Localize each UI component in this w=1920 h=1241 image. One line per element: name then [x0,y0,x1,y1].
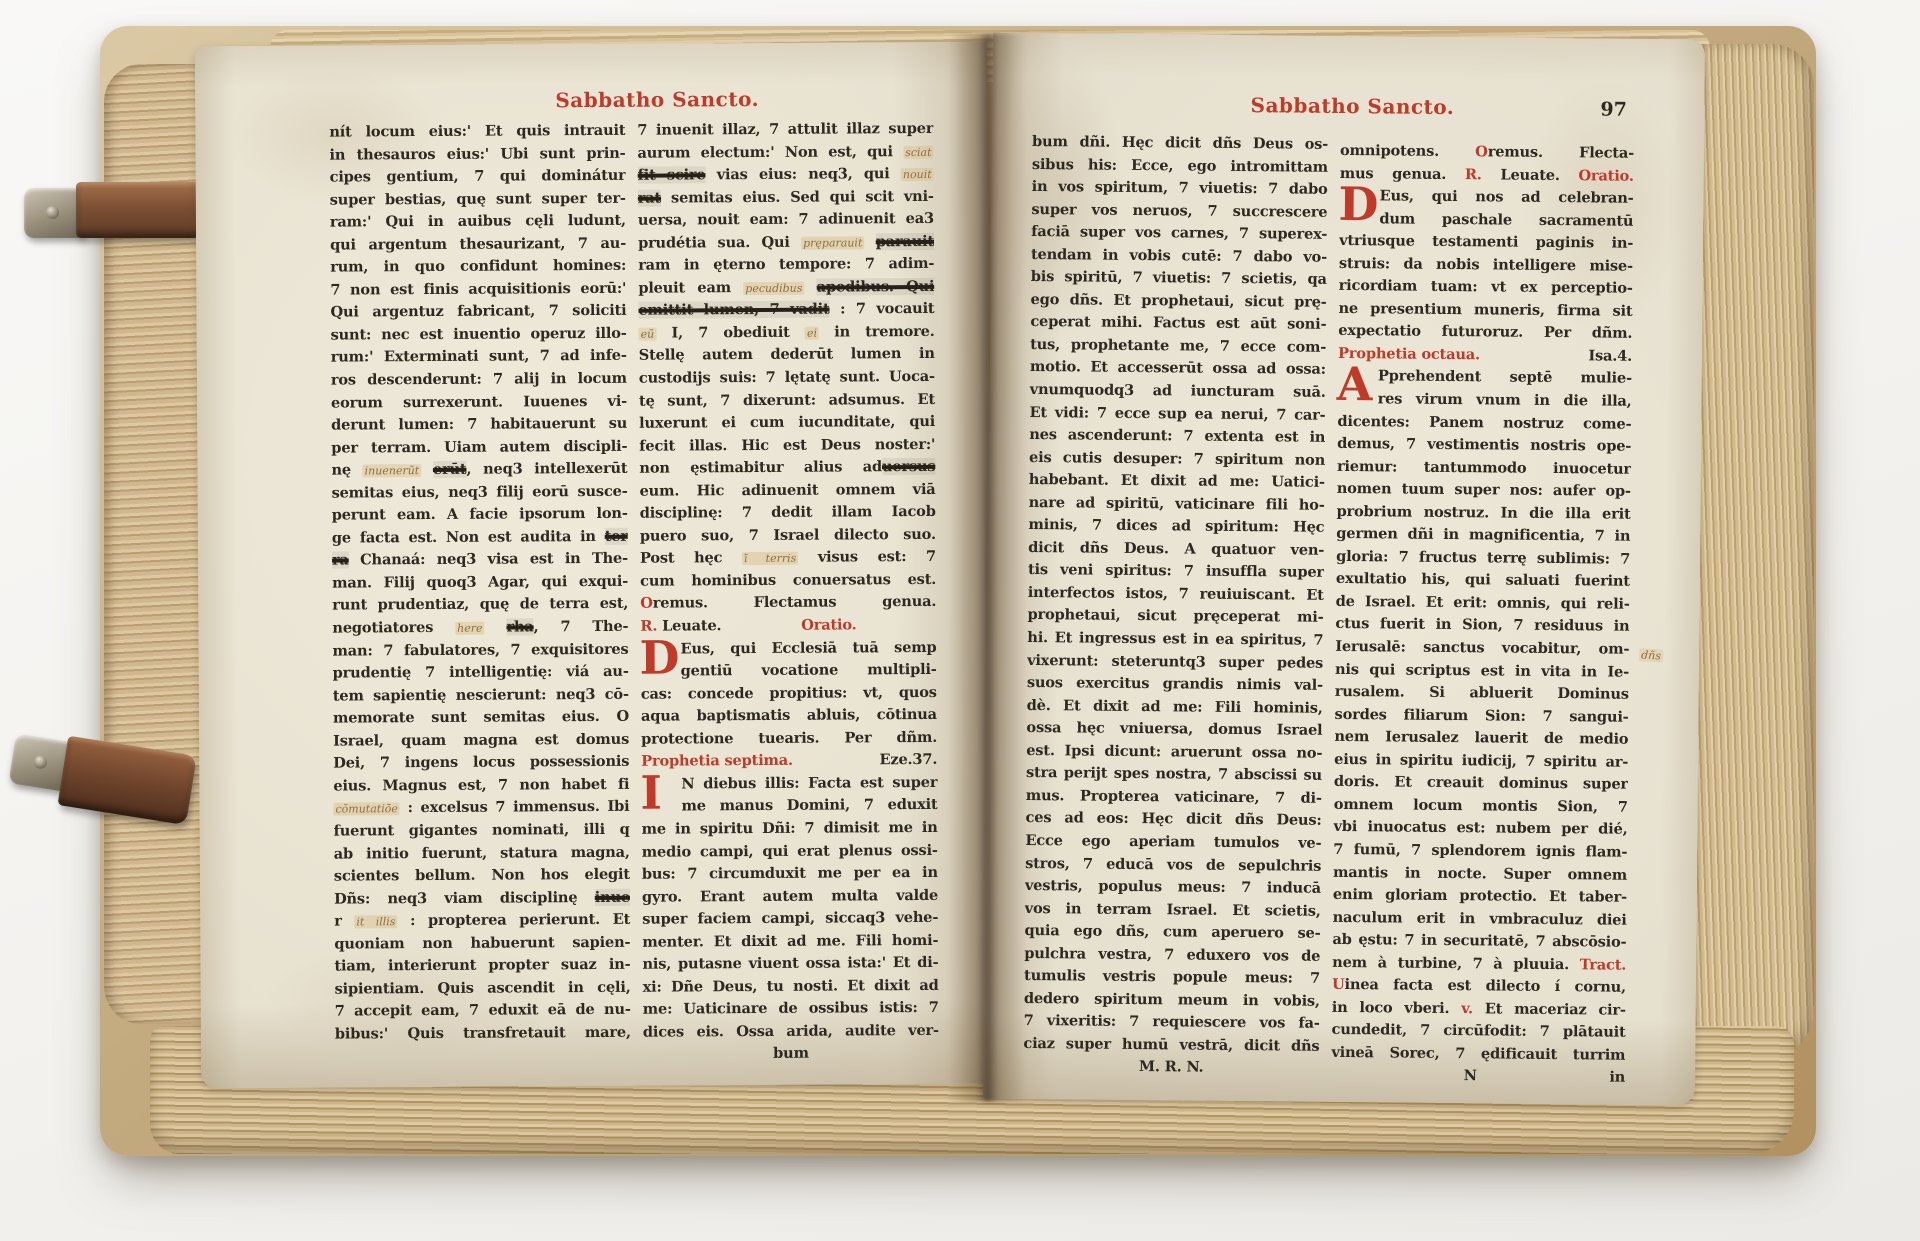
left-page-column-1: nít locum eius:' Et quis intrauitin thes… [329,120,631,1046]
text-line: super vos neruos, 7 succrescere [1031,199,1327,224]
rubric-text: Prophetia septima. [641,752,793,770]
text-line: man. Filij quoq3 Agar, qui exqui- [332,571,628,595]
censored-text: emittit lumen, 7 vadit [638,301,829,319]
rubric-text: O [640,595,653,612]
text-line: vestris, populus meus: 7 inducā [1025,875,1321,900]
text-line: DEus, qui Ecclesiā tuā semp [680,636,936,660]
text-line: ego dñs. Et prophetaui, sicut prę- [1030,289,1326,314]
text-line: memorate sunt semitas eius. O [333,706,629,730]
text-line: me manus Domini, 7 eduxit [681,794,937,818]
rubric-text: O [1475,143,1488,160]
illuminated-initial: D [1338,182,1378,226]
text-line: riemur: tantummodo inuocetur [1337,456,1631,481]
text-line: tę sunt, 7 dixerunt: adsumus. Et [639,388,935,412]
text-line: gentiū vocatione multipli- [681,659,937,683]
text-line: dè. Et dixit ad me: Fili hominis, [1027,695,1323,720]
text-line: rum, in quo confidunt homines: [330,255,626,279]
text-line: IN diebus illis: Facta est super [681,772,937,796]
text-line: ab ęstu: 7 in securitatē, 7 abscōsio- [1332,929,1626,954]
text-line: mus genua. R. Leuate. Oratio. [1340,162,1634,187]
rubric-text: Oratio. [1578,167,1633,185]
text-line: tiam, interierunt propter suaz in- [334,954,630,978]
text-line: cas: concede propitius: vt, quos [641,682,937,706]
text-line: prudétia sua. Qui pręparauit parauit ter… [638,231,934,255]
text-line: sordes filiarum Sion: 7 sangui- [1334,704,1628,729]
text-line: nes ascenderunt: 7 extenta est in [1029,424,1325,449]
text-line: Uinea facta est dilecto í cornu, [1332,974,1626,999]
text-line: menter. Et dixit ad me. Fili homi- [642,930,938,954]
text-line: R. Leuate.Oratio. [640,614,936,638]
handwritten-correction: inuenerūt [363,464,422,477]
text-line: ctus fuerit in Sion, 7 residuus in [1335,613,1629,638]
text-line: Israel, quam magna est domus [333,729,629,753]
text-line: me in spiritu Dñi: 7 dimisit me in [642,817,938,841]
text-line: emittit lumen, 7 vadit : 7 vocauit [638,298,934,322]
text-line: nem à turbine, 7 à pluuia. Tract. [1332,952,1626,977]
illuminated-initial: D [639,635,679,679]
left-page: Sabbatho Sancto. nít locum eius:' Et qui… [195,42,993,1089]
handwritten-correction: ei [805,327,819,340]
text-line: in thesauros eius:' Ubi sunt prin- [329,142,625,166]
text-line: probrium nostruz. In die illa erit [1336,501,1630,526]
text-line: Qui argentuz fabricant, 7 soliciti [330,300,626,324]
text-line: eius in spiritu iudicij, 7 spiritu ar- [1334,749,1628,774]
censored-text: parauit [876,233,934,250]
text-line: stros, 7 educā vos de sepulchris [1025,852,1321,877]
text-line: 7 non est finis acquisitionis eorū:' [330,278,626,302]
text-line: vineā Sorec, 7 ędificauit turrim [1331,1042,1625,1067]
running-head-right: Sabbatho Sancto. [1242,93,1462,119]
text-line: ceperat mihi. Factus est aūt soni- [1030,311,1326,336]
text-line: ra Chanaá: neq3 visa est in The- [332,548,628,572]
text-line: tumulis vestris popule meus: 7 [1024,965,1320,990]
right-page-column-1: bum dñi. Hęc dicit dñs Deus os-sibus his… [1023,131,1328,1081]
margin-note-right: dñs [1639,648,1664,662]
text-line: sibus his: Ecce, ego intromittam [1032,154,1328,179]
text-line: rusalem. Si abluerit Dominus [1335,681,1629,706]
text-line: omnem locum montis Sion, 7 [1334,794,1628,819]
text-line: rat semitas eius. Sed qui scit vni- [638,186,934,210]
text-line: in loco vberi. v. Et maceriaz cir- [1332,997,1626,1022]
handwritten-correction: nouit [901,168,934,181]
text-line: M. R. N. [1023,1055,1319,1080]
text-line: xi: Dñe Deus, tu nosti. Et dixit ad [643,975,939,999]
text-line: mantis in nocte. Super omnem [1333,861,1627,886]
text-line: suos exercitus grandis nimis val- [1027,672,1323,697]
text-line: ge facta est. Non est audita in ter [332,526,628,550]
text-line: Dñs: neq3 viam disciplinę inue [334,886,630,910]
text-line: dicentes: Panem nostruz come- [1337,410,1631,435]
text-line: demus, 7 vestimentis nostris ope- [1337,433,1631,458]
text-line: tendam in vobis cutē: 7 dabo vo- [1031,244,1327,269]
handwritten-correction: eū [639,328,657,341]
text-line: dedero spiritum meum in vobis, [1024,988,1320,1013]
censored-text: rha [506,618,533,635]
censored-text: ter [605,528,628,545]
text-line: prudentię 7 intelligentię: viá au- [333,661,629,685]
text-line: nem Ierusalez lauerit de medio [1334,726,1628,751]
text-line: eū I, 7 obediuit ei in tremore. [639,321,935,345]
rubric-text: U [1332,976,1345,993]
text-line: gyro. Erant autem multa valde [642,884,938,908]
text-line: est. Ipsi dicunt: aruerunt ossa no- [1026,740,1322,765]
text-line: bis spiritū, 7 viuetis: 7 scietis, qa [1031,266,1327,291]
text-line: vos in terram Israel. Et scietis, [1025,898,1321,923]
text-line: Post hęc ī terris visus est: 7 [640,546,936,570]
text-line: luxerunt ei cum iucunditate, qui [639,411,935,435]
text-line: me: Uaticinare de ossibus istis: 7 [643,997,939,1021]
text-line: dicit dñs Deus. A quatuor ven- [1028,537,1324,562]
text-line: Prophetia octaua.Isa.4. [1338,343,1632,368]
text-line: eum. Hic adinuenit omnem viā [639,479,935,503]
text-line: quia ego dñs, cum aperuero se- [1024,920,1320,945]
text-line: Stellę autem dederūt lumen in [639,343,935,367]
handwritten-correction: ī terris [742,552,798,565]
text-line: Nin [1331,1064,1625,1089]
text-line: perunt eam. A facie ipsorum lon- [332,503,628,527]
text-line: mus. Propterea vaticinare, 7 di- [1026,785,1322,810]
text-line: interfectos istos, 7 reuiuiscant. Et [1028,582,1324,607]
rubric-text: R. [1465,166,1482,183]
text-line: nomen tuum super nos: aufer op- [1337,478,1631,503]
illuminated-initial: A [1337,362,1377,406]
text-line: ciaz super humū vestrā, dicit dñs [1023,1033,1319,1058]
folio-number: 97 [1600,98,1627,120]
text-line: eis cutis desuper: 7 spiritum non [1029,447,1325,472]
text-line: 7 inuenit illaz, 7 attulit illaz super [637,118,933,142]
clasp-top [24,180,214,246]
text-line: de Israel. Et erit: omnis, qui reli- [1336,591,1630,616]
text-line: vtriusque testamenti paginis in- [1339,230,1633,255]
text-line: bibus:' Quis transfretauit mare, [335,1022,631,1046]
text-line: uersa, nouit eam: 7 adinuenit ea3 [638,208,934,232]
rubric-text: Oratio. [801,616,856,633]
text-line: faciā super vos carnes, 7 superex- [1031,221,1327,246]
text-line: nis qui scriptus est in vita in Ie- [1335,658,1629,683]
handwritten-correction: here [455,622,484,635]
right-page-column-2: omnipotens. Oremus. Flecta-mus genua. R.… [1331,140,1634,1090]
text-line: ram:' Qui in auibus cęli ludunt, [330,210,626,234]
text-line: gloria: 7 fructus terrę sublimis: 7 [1336,546,1630,571]
text-line: bum [643,1042,939,1066]
left-page-column-2: 7 inuenit illaz, 7 attulit illaz superau… [637,118,939,1067]
clasp-metal-fitting [24,188,84,238]
text-line: medio campi, qui erat plenus ossi- [642,839,938,863]
text-line: bum dñi. Hęc dicit dñs Deus os- [1032,131,1328,156]
censored-text: rat [638,189,661,206]
text-line: ces ad eos: Hęc dicit dñs Deus: [1025,807,1321,832]
text-line: expectatio futuroruz. Per dñm. [1338,320,1632,345]
text-line: vixerunt: steteruntq3 super pedes [1027,650,1323,675]
text-line: rum:' Exterminati sunt, 7 ad infe- [331,345,627,369]
text-line: scientes bellum. Non hos elegit [334,864,630,888]
text-line: nę inuenerūt erūt, neq3 intellexerūt [331,458,627,482]
text-line: prophetaui, sicut pręceperat mi- [1027,604,1323,629]
text-line: ricordiam tuam: vt ex perceptio- [1339,275,1633,300]
clasp-leather-strap [76,182,206,238]
text-line: cum hominibus conuersatus est. [640,569,936,593]
text-line: 7 fumū, 7 splendorem ignis flam- [1333,839,1627,864]
text-line: super bestias, quę sunt super ter- [330,187,626,211]
text-line: eius. Magnus est, 7 non habet fi [333,774,629,798]
text-line: nít locum eius:' Et quis intrauit [329,120,625,144]
right-page: Sabbatho Sancto. 97 bum dñi. Hęc dicit d… [983,33,1705,1106]
text-line: naculum erit in vmbraculuz diei [1333,907,1627,932]
handwritten-correction: cōmutatiōe [333,803,399,816]
open-book: Sabbatho Sancto. nít locum eius:' Et qui… [0,0,1920,1241]
text-line: eorum surrexerunt. Iuuenes vi- [331,390,627,414]
text-line: motio. Et accesserūt ossa ad ossa: [1030,356,1326,381]
censored-text: ra [332,552,349,569]
text-line: tus, prophetante me, 7 ecce com- [1030,334,1326,359]
text-line: vbi inuocatus est: nubem per dié, [1333,816,1627,841]
text-line: res virum vnum in die illa, [1378,388,1632,413]
text-line: cundedit, 7 circūfodit: 7 plātauit [1331,1019,1625,1044]
censored-text: apedibus. Qui [817,278,935,296]
text-line: semitas eius, neq3 filij eorū susce- [331,481,627,505]
text-line: bus: 7 circumduxit me per ea in [642,862,938,886]
text-line: pleuit eam pecudibus apedibus. Qui [638,276,934,300]
handwritten-correction: pręparauit [801,236,864,249]
text-line: cōmutatiōe : excelsus 7 immensus. Ibi [333,796,629,820]
text-line: non ęstimabitur alius aduersus [639,456,935,480]
text-line: Prophetia septima.Eze.37. [641,749,937,773]
text-line: ne presentium muneris, firma sit [1338,298,1632,323]
page-edge-right [1694,44,1814,1058]
text-line: dices eis. Ossa arida, audite ver- [643,1020,939,1044]
text-line: super faciem campi, siccaq3 vehe- [642,907,938,931]
text-line: 7 vixeritis: 7 requiescere vos fa- [1024,1010,1320,1035]
text-line: germen dñi in magnificentia, 7 in [1336,523,1630,548]
text-line: Ierusalē: sanctus vocabitur, om- [1335,636,1629,661]
text-line: dum paschale sacramentū [1379,208,1633,233]
text-line: sunt: nec est inuentio operuz illo- [331,323,627,347]
text-line: cipes gentium, 7 qui dominátur [330,165,626,189]
censored-text: uersus [882,458,936,475]
text-line: enim gloriam protectio. Et taber- [1333,884,1627,909]
censored-text: fit scire [638,166,706,183]
text-line: Dei, 7 ingens locus possessionis [333,751,629,775]
text-line: fuerunt gigantes nominati, illi q [334,819,630,843]
handwritten-correction: it illis [354,915,397,928]
text-line: ros descenderunt: 7 alij in locum [331,368,627,392]
text-line: nis, putasne viuent ossa ista:' Et di- [642,952,938,976]
text-line: man: 7 fabulatores, 7 exquisitores [332,638,628,662]
text-line: qui argentum thesaurizant, 7 au- [330,233,626,257]
censored-text: erūt [433,461,467,478]
text-line: DEus, qui nos ad celebran- [1379,185,1633,210]
text-line: APprehendent septē mulie- [1378,366,1632,391]
handwritten-correction: sciat [903,145,933,158]
text-line: doris. Et creauit dominus super [1334,771,1628,796]
text-line: minis, 7 dices ad spiritum: Hęc [1028,514,1324,539]
text-line: aurum electum:' Non est, qui sciat [637,140,933,164]
text-line: sipientiam. Quis ascendit in cęli, [335,977,631,1001]
text-line: exultatio his, qui saluati fuerint [1336,568,1630,593]
rubric-text: Tract. [1580,956,1627,973]
text-line: puero suo, 7 Israel dilecto suo. [640,524,936,548]
text-line: struis: da nobis intelligere mise- [1339,253,1633,278]
text-line: custodijs suis: 7 lętatę sunt. Uoca- [639,366,935,390]
text-line: in vos spiritum, 7 viuetis: 7 dabo [1032,176,1328,201]
illuminated-initial: I [640,770,680,814]
text-line: Et vidi: 7 ecce sup ea nerui, 7 car- [1029,402,1325,427]
text-line: negotiatores here rha, 7 The- [332,616,628,640]
text-line: Oremus. Flectamus genua. [640,591,936,615]
text-line: nare ad spiritū, vaticinare fili ho- [1029,492,1325,517]
text-line: ab initio fuerunt, statura magna, [334,841,630,865]
text-line: aqua baptismatis abluis, cōtinua [641,704,937,728]
text-line: r it illis : propterea perierunt. Et [334,909,630,933]
rubric-text: v. [1461,1000,1473,1017]
text-line: protectione tuearis. Per dñm. [641,727,937,751]
text-line: runt prudentiaz, quę de terra est, [332,593,628,617]
text-line: fecit illas. Hic est Deus noster:' [639,434,935,458]
text-line: ram in ęterno tempore: 7 adim- [638,253,934,277]
text-line: tem sapientię nescierunt: neq3 cō- [333,683,629,707]
text-line: 7 accepit eam, 7 eduxit eā de nu- [335,999,631,1023]
text-line: fit scire vias eius: neq3, qui nouit [638,163,934,187]
text-line: Ecce ego aperiam tumulos ve- [1025,830,1321,855]
text-line: vnumquodq3 ad iuncturam suā. [1030,379,1326,404]
text-line: stra perijt spes nostra, 7 abscissi su [1026,762,1322,787]
text-line: pulchra vestra, 7 eduxero vos de [1024,943,1320,968]
text-line: quoniam non habuerunt sapien- [334,931,630,955]
handwritten-correction: pecudibus [743,282,804,295]
text-line: habebant. Et dixit ad me: Uatici- [1029,469,1325,494]
text-line: omnipotens. Oremus. Flecta- [1340,140,1634,165]
text-line: per terram. Uiam autem discipli- [331,435,627,459]
text-line: hi. Et ingressus est in ea spiritus, 7 [1027,627,1323,652]
text-line: tis veni spiritus: 7 insuffla super [1028,559,1324,584]
running-head-left: Sabbatho Sancto. [547,87,767,112]
text-line: derunt lumen: 7 habitauerunt su [331,413,627,437]
text-line: disciplinę: 7 dedit illam Iacob [640,501,936,525]
text-line: ossa hęc vniuersa, domus Israel [1026,717,1322,742]
censored-text: inue [595,888,630,905]
